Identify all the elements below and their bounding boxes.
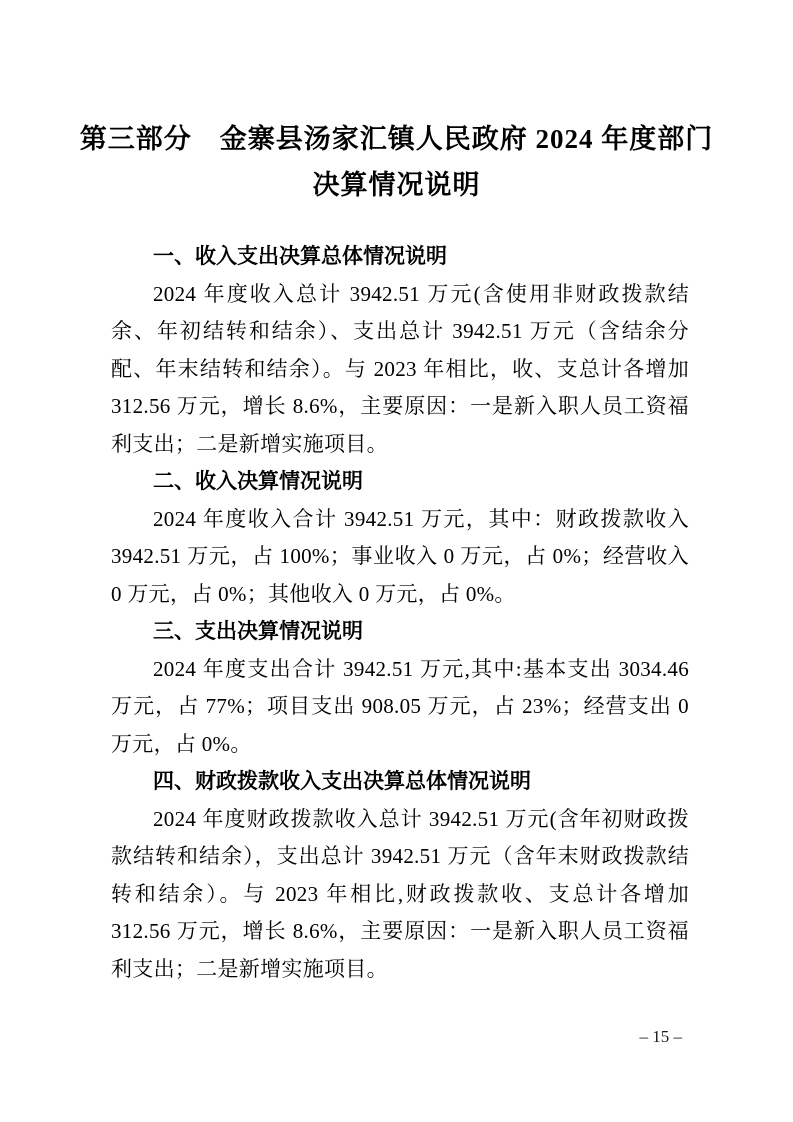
section-income-expenditure-overview: 一、收入支出决算总体情况说明 2024 年度收入总计 3942.51 万元(含使… <box>111 238 689 463</box>
section-fiscal-appropriation-overview: 四、财政拨款收入支出决算总体情况说明 2024 年度财政拨款收入总计 3942.… <box>111 763 689 988</box>
section-expenditure-accounts: 三、支出决算情况说明 2024 年度支出合计 3942.51 万元,其中:基本支… <box>111 613 689 763</box>
section-paragraph-1: 2024 年度收入总计 3942.51 万元(含使用非财政拨款结余、年初结转和结… <box>111 276 689 464</box>
document-title: 第三部分 金寨县汤家汇镇人民政府 2024 年度部门 决算情况说明 <box>60 116 733 208</box>
section-paragraph-4: 2024 年度财政拨款收入总计 3942.51 万元(含年初财政拨款结转和结余）… <box>111 801 689 989</box>
section-heading-1: 一、收入支出决算总体情况说明 <box>111 238 689 276</box>
section-paragraph-3: 2024 年度支出合计 3942.51 万元,其中:基本支出 3034.46 万… <box>111 651 689 764</box>
document-body: 一、收入支出决算总体情况说明 2024 年度收入总计 3942.51 万元(含使… <box>111 238 689 988</box>
section-heading-4: 四、财政拨款收入支出决算总体情况说明 <box>111 763 689 801</box>
document-title-line-1: 第三部分 金寨县汤家汇镇人民政府 2024 年度部门 <box>60 116 733 162</box>
section-heading-2: 二、收入决算情况说明 <box>111 463 689 501</box>
section-paragraph-2: 2024 年度收入合计 3942.51 万元，其中：财政拨款收入 3942.51… <box>111 501 689 614</box>
section-heading-3: 三、支出决算情况说明 <box>111 613 689 651</box>
document-title-line-2: 决算情况说明 <box>60 162 733 208</box>
page-number: – 15 – <box>640 1026 683 1048</box>
section-income-accounts: 二、收入决算情况说明 2024 年度收入合计 3942.51 万元，其中：财政拨… <box>111 463 689 613</box>
document-page: 第三部分 金寨县汤家汇镇人民政府 2024 年度部门 决算情况说明 一、收入支出… <box>0 0 793 1122</box>
